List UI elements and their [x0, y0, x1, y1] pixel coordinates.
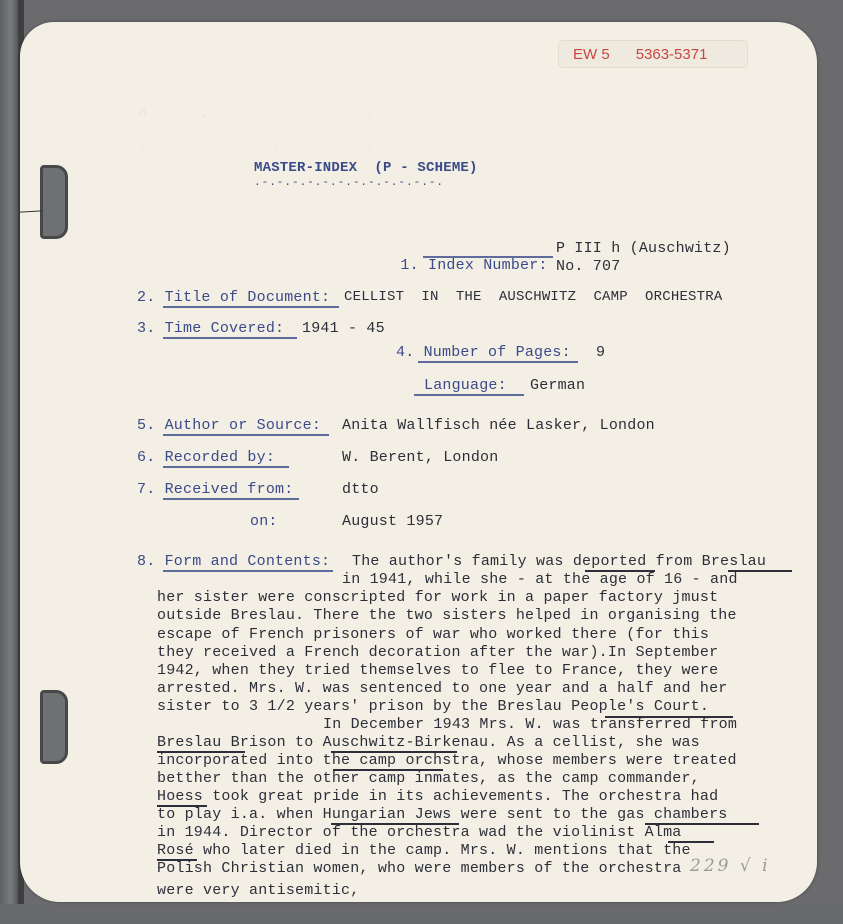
bleed-through-text: . . . . . . . . . [100, 140, 396, 155]
index-number-label-text: 1. Index Number: [400, 257, 547, 274]
received-on-value: August 1957 [342, 513, 443, 530]
text-underline-breslau-prison [157, 751, 245, 753]
time-covered-value: 1941 - 45 [302, 320, 385, 337]
label-underline [163, 570, 333, 572]
author-label: 5. Author or Source: [137, 417, 321, 434]
contents-line-12: incorporated into the camp orchstra, who… [157, 752, 737, 769]
index-number-value: P III h (Auschwitz) [556, 240, 731, 257]
recorded-by-value: W. Berent, London [342, 449, 498, 466]
language-label: Language: [424, 377, 507, 394]
label-underline [163, 466, 289, 468]
stamp-range: 5363-5371 [636, 46, 708, 63]
language-value: German [530, 377, 585, 394]
index-number-value-2: No. 707 [556, 258, 620, 275]
label-underline [163, 498, 299, 500]
bleed-through-text: n . ., . . . . . [100, 105, 396, 120]
label-underline [163, 306, 339, 308]
contents-line-5: escape of French prisoners of war who wo… [157, 626, 709, 643]
title-label: 2. Title of Document: [137, 289, 330, 306]
contents-line-18: Polish Christian women, who were members… [157, 860, 681, 877]
stamp-series: EW 5 [573, 46, 610, 63]
label-underline [163, 337, 297, 339]
punch-hole-bottom [40, 690, 68, 764]
text-underline-breslau [728, 570, 792, 572]
contents-line-17: Rosé who later died in the camp. Mrs. W.… [157, 842, 691, 859]
binder-edge [0, 0, 18, 924]
contents-line-2: in 1941, while she - at the age of 16 - … [342, 571, 738, 588]
recorded-by-label: 6. Recorded by: [137, 449, 275, 466]
contents-line-14: Hoess took great pride in its achievemen… [157, 788, 718, 805]
label-underline [418, 361, 578, 363]
text-underline-peoples-court [605, 716, 733, 718]
text-underline-rose [157, 859, 197, 861]
contents-line-13: betther than the other camp inmates, as … [157, 770, 700, 787]
contents-line-19: were very antisemitic, [157, 882, 359, 899]
received-on-label: on: [250, 513, 278, 530]
text-underline-alma [668, 841, 714, 843]
title-value: CELLIST IN THE AUSCHWITZ CAMP ORCHESTRA [344, 289, 722, 305]
received-from-value: dtto [342, 481, 379, 498]
author-value: Anita Wallfisch née Lasker, London [342, 417, 655, 434]
contents-line-1: The author's family was deported from Br… [352, 553, 766, 570]
handwritten-page-note: 229 √ i [690, 856, 771, 876]
contents-line-9: sister to 3 1/2 years' prison by the Bre… [157, 698, 709, 715]
title-dotted-rule: .-.-.-.-.-.-.-.-.-.-.-.-. [254, 177, 444, 189]
received-from-label: 7. Received from: [137, 481, 293, 498]
contents-line-3: her sister were conscripted for work in … [157, 589, 718, 606]
pages-value: 9 [596, 344, 605, 361]
contents-line-10: In December 1943 Mrs. W. was transferred… [323, 716, 737, 733]
time-covered-label: 3. Time Covered: [137, 320, 284, 337]
archive-stamp: EW 5 5363-5371 [558, 40, 748, 68]
contents-line-4: outside Breslau. There the two sisters h… [157, 607, 737, 624]
contents-line-8: arrested. Mrs. W. was sentenced to one y… [157, 680, 728, 697]
background-surface [0, 904, 843, 924]
form-contents-label: 8. Form and Contents: [137, 553, 330, 570]
label-underline [163, 434, 329, 436]
contents-line-6: they received a French decoration after … [157, 644, 718, 661]
text-underline-camp-orchestra [333, 769, 443, 771]
contents-line-11: Breslau Brison to Auschwitz-Birkenau. As… [157, 734, 700, 751]
pages-label: 4. Number of Pages: [396, 344, 571, 361]
contents-line-7: 1942, when they tried themselves to flee… [157, 662, 718, 679]
text-underline-deported [585, 570, 655, 572]
label-underline [423, 256, 553, 258]
punch-hole-top [40, 165, 68, 239]
contents-line-15: to play i.a. when Hungarian Jews were se… [157, 806, 728, 823]
contents-line-16: in 1944. Director of the orchestra wad t… [157, 824, 681, 841]
text-underline-hoess [157, 805, 207, 807]
text-underline-auschwitz-birkenau [331, 751, 457, 753]
label-underline [414, 394, 524, 396]
text-underline-hungarian-jews [331, 823, 459, 825]
page-title: MASTER-INDEX (P - SCHEME) [254, 160, 478, 176]
text-underline-gas-chambers [645, 823, 759, 825]
